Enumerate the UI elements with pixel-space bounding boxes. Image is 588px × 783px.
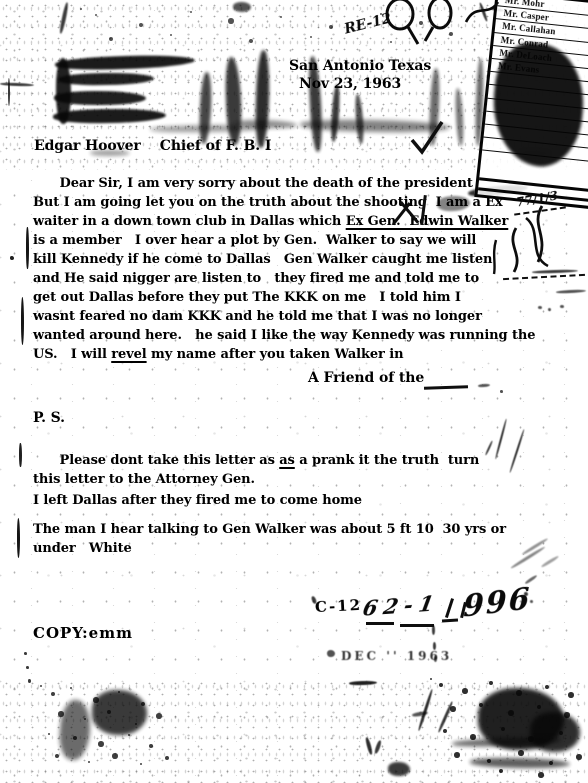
ink-smudge [437, 701, 454, 733]
ink-smudge [560, 305, 564, 308]
text-line: But I am going let you on the truth abou… [33, 193, 535, 212]
ink-smudge [388, 762, 410, 776]
stamp-c12: C-12 [315, 596, 363, 617]
ink-smudge [495, 418, 508, 459]
text-segment: is a member I over hear a plot by Gen. W… [33, 233, 476, 248]
ink-smudge [10, 256, 14, 260]
text-segment: Please dont take this letter as [33, 453, 279, 468]
text-segment: my name after you taken Walker in [147, 347, 404, 362]
text-line: waiter in a down town club in Dallas whi… [33, 212, 535, 231]
ink-smudge [478, 383, 490, 387]
ps-label: P. S. [33, 409, 65, 428]
text-segment: get out Dallas before they put The KKK o… [33, 290, 461, 305]
text-line: get out Dallas before they put The KKK o… [33, 288, 535, 307]
letterhead-date: Nov 23, 1963 [299, 75, 401, 94]
handwritten-squiggle [464, 0, 500, 26]
text-line: wanted around here. he said I like the w… [33, 326, 535, 345]
addendum-left-dallas: I left Dallas after they fired me to com… [33, 491, 362, 510]
handwritten-file-number: 62-1 [361, 590, 442, 621]
ink-smudge [509, 429, 525, 473]
underlined-text: revel [111, 347, 146, 362]
text-segment: US. I will [33, 347, 111, 362]
handwritten-underline [400, 624, 434, 627]
date-received-stamp: DEC '' 1963 [341, 647, 452, 666]
ink-smudge [254, 50, 270, 148]
ink-smudge [548, 308, 551, 311]
handwritten-underline [442, 618, 458, 622]
ink-smudge [198, 72, 213, 144]
ink-smudge [0, 82, 34, 86]
text-segment: this letter to the Attorney Gen. [33, 472, 255, 487]
text-segment: wasnt feared no dam KKK and he told me t… [33, 309, 482, 324]
ink-smudge [233, 2, 251, 12]
text-line: under White [33, 539, 506, 558]
ink-smudge [59, 2, 70, 34]
handwritten-serial-996: 996 [463, 581, 532, 625]
underlined-text: Ex Gen. Edwin Walker [346, 214, 509, 229]
ink-smudge [454, 88, 464, 146]
ink-smudge [412, 711, 428, 718]
ink-speckle-cluster [80, 8, 82, 10]
letterhead-city: San Antonio Texas [289, 57, 431, 76]
ink-smudge [26, 227, 29, 269]
text-line: and He said nigger are listen to they fi… [33, 269, 535, 288]
ink-smudge [92, 690, 147, 735]
text-segment: and He said nigger are listen to they fi… [33, 271, 479, 286]
text-segment: Dear Sir, I am very sorry about the deat… [33, 176, 473, 191]
ink-smudge [53, 108, 166, 124]
signature-blank-line [424, 385, 468, 390]
ink-smudge [57, 699, 92, 761]
text-line: The man I hear talking to Gen Walker was… [33, 520, 506, 539]
ink-smudge [530, 712, 580, 752]
text-segment: But I am going let you on the truth abou… [33, 195, 503, 210]
ink-smudge [56, 58, 71, 124]
ink-smudge [224, 57, 242, 145]
text-segment: I left Dallas after they fired me to com… [33, 493, 362, 508]
signature-line: A Friend of the [308, 369, 424, 388]
ink-smudge [26, 666, 29, 669]
ink-smudge [349, 681, 377, 686]
text-line: Dear Sir, I am very sorry about the deat… [33, 174, 535, 193]
copy-initials: COPY:emm [33, 624, 133, 643]
ink-smudge [55, 54, 195, 72]
text-line: I left Dallas after they fired me to com… [33, 491, 362, 510]
ink-smudge [485, 440, 494, 455]
text-line: US. I will revel my name after you taken… [33, 345, 535, 364]
ink-smudge [538, 306, 542, 309]
text-segment: The man I hear talking to Gen Walker was… [33, 522, 506, 537]
ink-smudge [556, 289, 586, 294]
ink-smudge [470, 757, 570, 769]
text-segment: waiter in a down town club in Dallas whi… [33, 214, 346, 229]
ink-smudge [374, 740, 383, 755]
letter-body: Dear Sir, I am very sorry about the deat… [33, 174, 535, 364]
text-line: kill Kennedy if he come to Dallas Gen Wa… [33, 250, 535, 269]
ink-smudge [17, 518, 20, 558]
ink-smudge [327, 650, 335, 657]
ink-smudge [365, 737, 374, 755]
ink-smudge [21, 297, 24, 345]
text-line: wasnt feared no dam KKK and he told me t… [33, 307, 535, 326]
ink-smudge [150, 124, 270, 133]
handwritten-checkmark [408, 118, 448, 158]
ink-smudge [541, 555, 560, 568]
ink-smudge [28, 679, 31, 683]
ink-smudge [8, 78, 10, 106]
ink-smudge [417, 689, 433, 732]
ink-smudge [24, 652, 27, 655]
text-segment: wanted around here. he said I like the w… [33, 328, 535, 343]
ink-smudge [500, 390, 503, 393]
text-segment: a prank it the truth turn [295, 453, 479, 468]
text-line: is a member I over hear a plot by Gen. W… [33, 231, 535, 250]
handwritten-slash [445, 598, 454, 618]
ps-paragraph: Please dont take this letter as as a pra… [33, 451, 479, 489]
text-segment: kill Kennedy if he come to Dallas Gen Wa… [33, 252, 492, 267]
ink-smudge [19, 443, 22, 467]
recipient-line: Edgar Hoover Chief of F. B. I [34, 137, 271, 156]
ink-speckle-cluster [430, 678, 432, 680]
text-segment: under White [33, 541, 132, 556]
ink-smudge [58, 72, 154, 86]
text-line: this letter to the Attorney Gen. [33, 470, 479, 489]
text-line: Please dont take this letter as as a pra… [33, 451, 479, 470]
underlined-text: as [279, 453, 295, 468]
ink-speckle-cluster [40, 685, 42, 687]
addendum-description: The man I hear talking to Gen Walker was… [33, 520, 506, 558]
handwritten-underline [366, 622, 394, 625]
handwritten-scrawl-initials [488, 198, 583, 283]
scanned-letter-page: Mr. MohrMr. CasperMr. CallahanMr. Conrad… [0, 0, 588, 783]
